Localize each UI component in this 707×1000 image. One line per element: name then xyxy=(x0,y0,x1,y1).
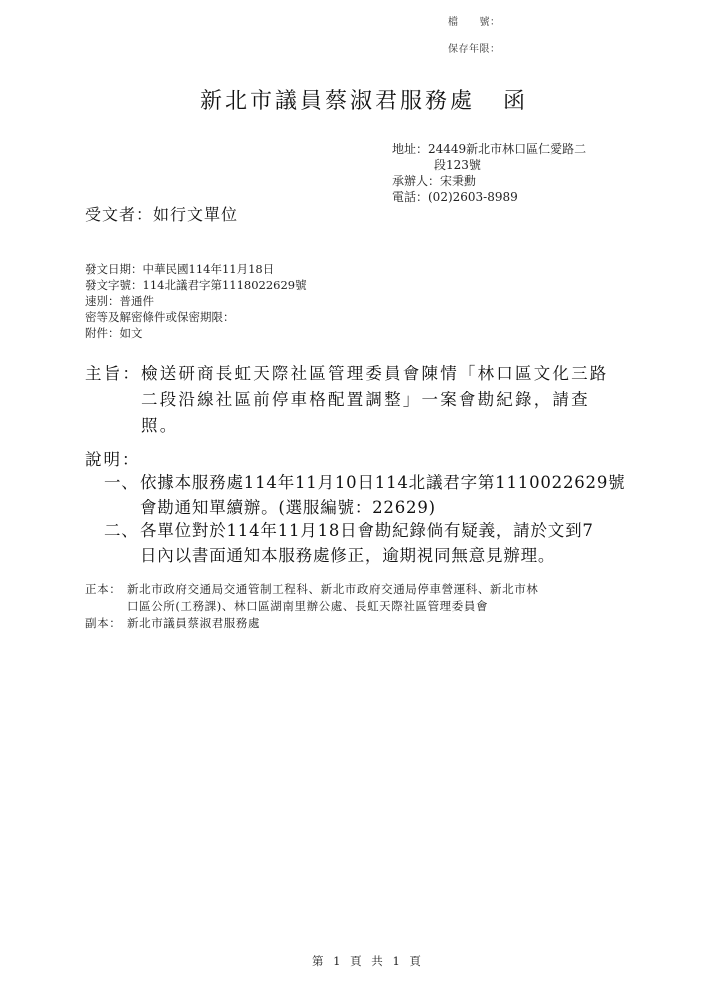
file-number-label: 檔 號： xyxy=(448,13,501,28)
explanation-label: 說明： xyxy=(85,446,141,470)
original-recipients-line: 新北市政府交通局交通管制工程科、新北市政府交通局停車營運科、新北市林 xyxy=(127,581,538,598)
item-line: 日內以書面通知本服務處修正，逾期視同無意見辦理。 xyxy=(140,543,594,568)
subject-line: 照。 xyxy=(141,413,609,439)
document-title: 新北市議員蔡淑君服務處函 xyxy=(200,84,528,115)
phone: 電話：(02)2603-8989 xyxy=(392,189,586,205)
retention-period-label: 保存年限： xyxy=(448,40,501,55)
item-marker: 一、 xyxy=(104,470,139,495)
confidentiality: 密等及解密條件或保密期限： xyxy=(85,309,307,325)
document-fields: 發文日期：中華民國114年11月18日 發文字號：114北議君字第1118022… xyxy=(85,261,307,341)
document-number: 發文字號：114北議君字第1118022629號 xyxy=(85,277,307,293)
copy-recipients: 新北市議員蔡淑君服務處 xyxy=(127,615,260,632)
original-recipients-label: 正本： xyxy=(85,581,121,598)
handler: 承辦人：宋秉勳 xyxy=(392,173,586,189)
item-marker: 二、 xyxy=(104,518,139,543)
document-type: 函 xyxy=(503,89,528,114)
item-line: 依據本服務處114年11月10日114北議君字第1110022629號 xyxy=(140,470,625,495)
address-line-1: 地址：24449新北市林口區仁愛路二 xyxy=(392,141,586,157)
subject-line: 二段沿線社區前停車格配置調整」一案會勘紀錄，請查 xyxy=(141,387,609,413)
address-line-2: 段123號 xyxy=(392,157,586,173)
original-recipients-line: 口區公所(工務課)、林口區湖南里辦公處、長虹天際社區管理委員會 xyxy=(127,598,538,615)
contact-block: 地址：24449新北市林口區仁愛路二 段123號 承辦人：宋秉勳 電話：(02)… xyxy=(392,141,586,205)
copy-recipients-label: 副本： xyxy=(85,615,121,632)
urgency: 速別：普通件 xyxy=(85,293,307,309)
item-line: 會勘通知單續辦。(選服編號：22629) xyxy=(140,495,625,520)
attachments: 附件：如文 xyxy=(85,325,307,341)
office-name: 新北市議員蔡淑君服務處 xyxy=(200,89,475,114)
issue-date: 發文日期：中華民國114年11月18日 xyxy=(85,261,307,277)
page-indicator: 第 1 頁 共 1 頁 xyxy=(312,953,424,969)
recipient: 受文者：如行文單位 xyxy=(85,202,238,225)
item-line: 各單位對於114年11月18日會勘紀錄倘有疑義，請於文到7 xyxy=(140,518,594,543)
subject-label: 主旨： xyxy=(85,361,141,387)
subject-line: 檢送研商長虹天際社區管理委員會陳情「林口區文化三路 xyxy=(141,361,609,387)
